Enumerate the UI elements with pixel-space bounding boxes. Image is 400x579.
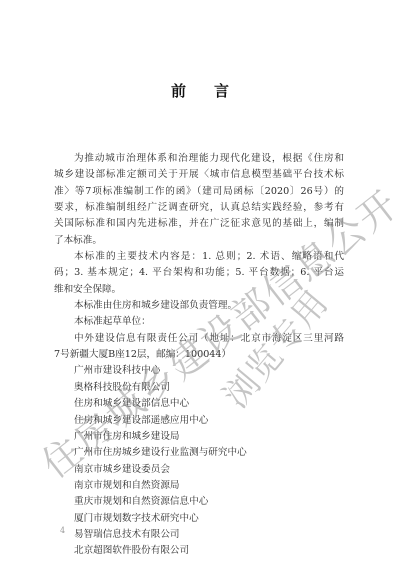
title-char-2: 言 [214,80,229,101]
organization-item: 广州市住房和城乡建设局 [54,429,344,445]
text-line: 为推动城市治理体系和治理能力现代化建设，根据《住房和 [54,151,344,167]
text-line: 本标准的主要技术内容是：1. 总则；2. 术语、缩略语和代 [54,249,344,265]
text-line: 码；3. 基本规定；4. 平台架构和功能；5. 平台数据；6. 平台运 [54,265,344,281]
text-line: 准〉等7项标准编制工作的函》（建司局函标〔2020〕26号）的 [54,184,344,200]
text-line: 本标准由住房和城乡建设部负责管理。 [54,298,344,314]
text-line: 要求，标准编制组经广泛调查研究，认真总结实践经验，参考有 [54,200,344,216]
preface-body: 为推动城市治理体系和治理能力现代化建设，根据《住房和 城乡建设部标准定额司关于开… [54,151,344,560]
organization-item: 南京市规划和自然资源局 [54,478,344,494]
text-line: 城乡建设部标准定额司关于开展〈城市信息模型基础平台技术标 [54,167,344,183]
page-title: 前言 [0,80,400,101]
organization-item: 南京市城乡建设委员会 [54,462,344,478]
text-line: 中外建设信息有限责任公司（地址：北京市海淀区三里河路 [54,331,344,347]
text-line: 本标准起草单位： [54,314,344,330]
text-line: 7号新疆大厦B座12层，邮编：100044） [54,347,344,363]
organization-item: 厦门市规划数字技术研究中心 [54,511,344,527]
organization-item: 广州市住房城乡建设行业监测与研究中心 [54,445,344,461]
organization-item: 重庆市规划和自然资源信息中心 [54,494,344,510]
text-line: 了本标准。 [54,233,344,249]
organization-item: 奥格科技股份有限公司 [54,380,344,396]
page-number: 4 [60,526,65,535]
organization-item: 北京超图软件股份有限公司 [54,543,344,559]
organization-item: 住房和城乡建设部遥感应用中心 [54,413,344,429]
organization-item: 易智瑞信息技术有限公司 [54,527,344,543]
organization-item: 广州市建设科技中心 [54,363,344,379]
organization-item: 住房和城乡建设部信息中心 [54,396,344,412]
text-line: 维和安全保障。 [54,282,344,298]
document-page: 前言 为推动城市治理体系和治理能力现代化建设，根据《住房和 城乡建设部标准定额司… [0,0,400,579]
title-char-1: 前 [171,80,186,101]
text-line: 关国际标准和国内先进标准，并在广泛征求意见的基础上，编制 [54,216,344,232]
